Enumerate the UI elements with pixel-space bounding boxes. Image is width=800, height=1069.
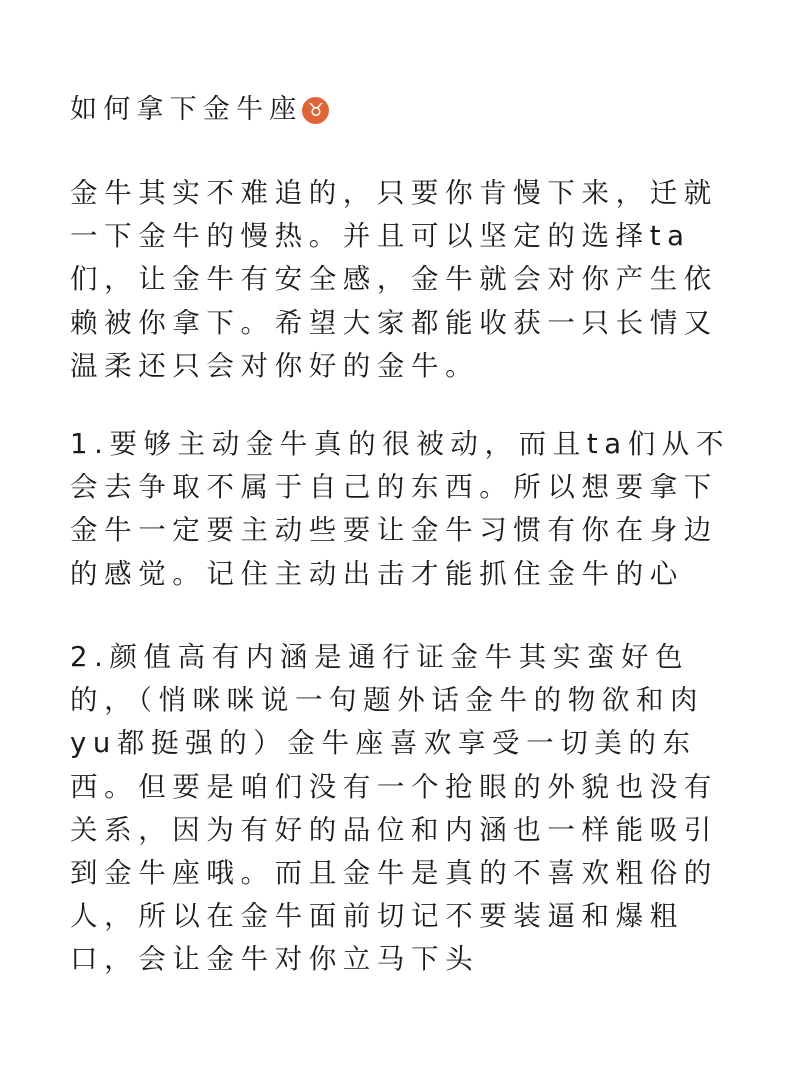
text-line: 的，（悄咪咪说一句题外话金牛的物欲和肉	[70, 679, 740, 722]
text-line: 的感觉。记住主动出击才能抓住金牛的心	[70, 553, 740, 596]
intro-paragraph: 金牛其实不难追的，只要你肯慢下来，迁就 一下金牛的慢热。并且可以坚定的选择ta …	[70, 172, 740, 388]
taurus-icon: ♉	[302, 97, 329, 124]
text-line: 一下金牛的慢热。并且可以坚定的选择ta	[70, 215, 740, 258]
text-line: 2.颜值高有内涵是通行证金牛其实蛮好色	[70, 636, 740, 679]
text-line: 1.要够主动金牛真的很被动，而且ta们从不	[70, 423, 740, 466]
text-line: 关系，因为有好的品位和内涵也一样能吸引	[70, 809, 740, 852]
text-line: yu都挺强的）金牛座喜欢享受一切美的东	[70, 722, 740, 765]
tip-2-paragraph: 2.颜值高有内涵是通行证金牛其实蛮好色 的，（悄咪咪说一句题外话金牛的物欲和肉 …	[70, 636, 740, 982]
text-line: 温柔还只会对你好的金牛。	[70, 345, 740, 388]
text-line: 金牛一定要主动些要让金牛习惯有你在身边	[70, 509, 740, 552]
text-line: 人，所以在金牛面前切记不要装逼和爆粗	[70, 895, 740, 938]
text-line: 们，让金牛有安全感，金牛就会对你产生依	[70, 258, 740, 301]
text-line: 金牛其实不难追的，只要你肯慢下来，迁就	[70, 172, 740, 215]
text-line: 到金牛座哦。而且金牛是真的不喜欢粗俗的	[70, 852, 740, 895]
title-text: 如何拿下金牛座	[70, 92, 302, 128]
text-line: 口，会让金牛对你立马下头	[70, 938, 740, 981]
tip-1-paragraph: 1.要够主动金牛真的很被动，而且ta们从不 会去争取不属于自己的东西。所以想要拿…	[70, 423, 740, 596]
text-line: 赖被你拿下。希望大家都能收获一只长情又	[70, 302, 740, 345]
text-line: 会去争取不属于自己的东西。所以想要拿下	[70, 466, 740, 509]
text-line: 西。但要是咱们没有一个抢眼的外貌也没有	[70, 766, 740, 809]
article-title: 如何拿下金牛座 ♉	[70, 92, 329, 128]
